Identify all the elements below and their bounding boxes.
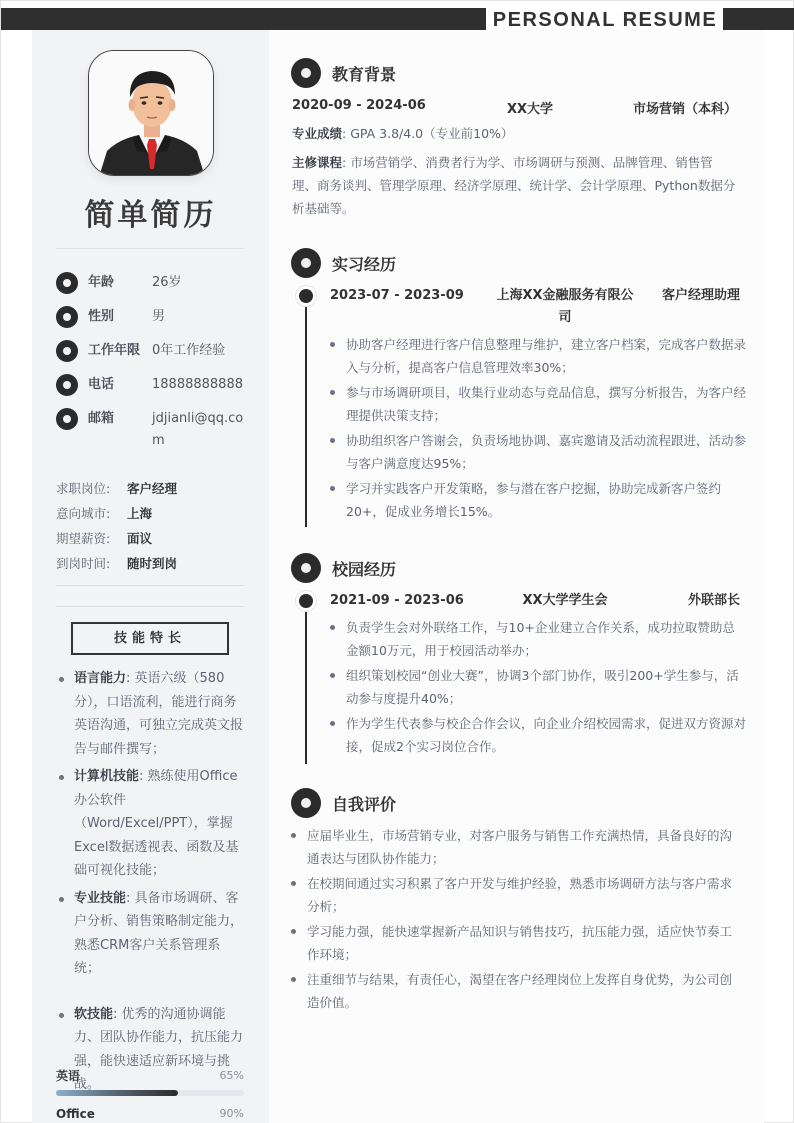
info-row-experience: 工作年限 0年工作经验 <box>56 338 246 372</box>
skill-item: 语言能力: 英语六级（580分），口语流利，能进行商务英语沟通，可独立完成英文报… <box>56 667 246 761</box>
job-label: 期望薪资: <box>56 529 127 554</box>
section-campus-header: 校园经历 <box>291 553 396 583</box>
avatar <box>88 50 214 176</box>
timeline-dot-icon <box>299 289 313 303</box>
bullet-item: 参与市场调研项目，收集行业动态与竞品信息，撰写分析报告，为客户经理提供决策支持； <box>326 381 746 427</box>
campus-bullets: 负责学生会对外联络工作，与10+企业建立合作关系，成功拉取赞助总金额10万元，用… <box>326 616 746 760</box>
skill-bar-percent: 90% <box>220 1105 244 1123</box>
education-row: 2020-09 - 2024-06 XX大学 市场营销（本科） <box>292 98 737 117</box>
header-bar-left <box>1 8 486 30</box>
bullet-item: 在校期间通过实习积累了客户开发与维护经验，熟悉市场调研方法与客户需求分析； <box>287 872 735 918</box>
info-label: 电话 <box>78 372 152 398</box>
bullet-item: 作为学生代表参与校企合作会议，向企业介绍校园需求，促进双方资源对接，促成2个实习… <box>326 712 746 758</box>
bullet-item: 应届毕业生，市场营销专业，对客户服务与销售工作充满热情，具备良好的沟通表达与团队… <box>287 824 735 870</box>
job-intention-list: 求职岗位: 客户经理 意向城市: 上海 期望薪资: 面议 到岗时间: 随时到岗 <box>56 479 246 579</box>
edu-gpa: 专业成绩: GPA 3.8/4.0（专业前10%） <box>292 122 737 145</box>
divider <box>56 248 244 249</box>
info-value: 18888888888 <box>152 372 246 396</box>
internship-bullets: 协助客户经理进行客户信息整理与维护，建立客户档案，完成客户数据录入与分析，提高客… <box>326 333 746 525</box>
email-link[interactable]: jdjianli@qq.com <box>152 406 246 452</box>
skill-bar-office: Office 90% <box>56 1105 244 1123</box>
timeline-line <box>305 296 307 527</box>
job-row: 意向城市: 上海 <box>56 504 246 529</box>
section-title: 校园经历 <box>332 557 396 580</box>
exp-role: 外联部长 <box>635 590 740 612</box>
bullet-item: 组织策划校园“创业大赛”，协调3个部门协作，吸引200+学生参与，活动参与度提升… <box>326 664 746 710</box>
resume-name-title: 简单简历 <box>32 190 269 234</box>
info-value: 26岁 <box>152 270 246 294</box>
skills-list: 语言能力: 英语六级（580分），口语流利，能进行商务英语沟通，可独立完成英文报… <box>56 667 246 1101</box>
job-value: 随时到岗 <box>127 554 177 579</box>
bullet-item: 协助组织客户答谢会，负责场地协调、嘉宾邀请及活动流程跟进，活动参与客户满意度达9… <box>326 429 746 475</box>
personal-info-list: 年龄 26岁 性别 男 工作年限 0年工作经验 电话 18888888888 邮… <box>56 270 246 462</box>
info-row-age: 年龄 26岁 <box>56 270 246 304</box>
skill-bar-english: 英语 65% <box>56 1067 244 1096</box>
timeline-dot-icon <box>299 594 313 608</box>
skill-bar-label: 英语 <box>56 1067 80 1085</box>
section-title: 教育背景 <box>332 62 396 85</box>
skills-section-title: 技能特长 <box>71 622 229 655</box>
exp-role: 客户经理助理 <box>635 285 740 329</box>
section-ring-icon <box>291 58 321 88</box>
edu-courses: 主修课程: 市场营销学、消费者行为学、市场调研与预测、品牌管理、销售管理、商务谈… <box>292 151 737 220</box>
bullet-item: 注重细节与结果，有责任心，渴望在客户经理岗位上发挥自身优势，为公司创造价值。 <box>287 968 735 1014</box>
skill-item: 计算机技能: 熟练使用Office办公软件（Word/Excel/PPT），掌握… <box>56 765 246 883</box>
exp-org: XX大学学生会 <box>495 590 635 612</box>
section-title: 实习经历 <box>332 252 396 275</box>
section-title: 自我评价 <box>332 792 396 815</box>
self-eval-bullets: 应届毕业生，市场营销专业，对客户服务与销售工作充满热情，具备良好的沟通表达与团队… <box>287 824 735 1016</box>
info-value: 0年工作经验 <box>152 338 246 362</box>
section-internship-header: 实习经历 <box>291 248 396 278</box>
timeline-line <box>305 602 307 764</box>
skill-bar-percent: 65% <box>220 1067 244 1085</box>
job-row: 期望薪资: 面议 <box>56 529 246 554</box>
exp-company: 上海XX金融服务有限公司 <box>495 285 635 329</box>
edu-period: 2020-09 - 2024-06 <box>292 98 482 117</box>
bullet-item: 协助客户经理进行客户信息整理与维护，建立客户档案，完成客户数据录入与分析，提高客… <box>326 333 746 379</box>
edu-school: XX大学 <box>482 98 620 117</box>
divider <box>56 606 244 607</box>
section-ring-icon <box>291 248 321 278</box>
job-row: 到岗时间: 随时到岗 <box>56 554 246 579</box>
info-label: 工作年限 <box>78 338 152 364</box>
section-self-eval-header: 自我评价 <box>291 788 396 818</box>
sidebar: 简单简历 年龄 26岁 性别 男 工作年限 0年工作经验 电话 18888888 <box>32 30 269 1123</box>
info-row-gender: 性别 男 <box>56 304 246 338</box>
info-label: 年龄 <box>78 270 152 296</box>
info-value: 男 <box>152 304 246 328</box>
section-ring-icon <box>291 553 321 583</box>
resume-page: PERSONAL RESUME <box>0 0 794 1123</box>
job-row: 求职岗位: 客户经理 <box>56 479 246 504</box>
header-bar-right <box>723 8 794 30</box>
section-education-header: 教育背景 <box>291 58 396 88</box>
job-label: 求职岗位: <box>56 479 127 504</box>
info-row-email: 邮箱 jdjianli@qq.com <box>56 406 246 462</box>
info-row-phone: 电话 18888888888 <box>56 372 246 406</box>
divider <box>56 585 244 586</box>
ring-icon <box>56 340 78 362</box>
skill-bar-label: Office <box>56 1105 95 1123</box>
section-ring-icon <box>291 788 321 818</box>
ring-icon <box>56 272 78 294</box>
progress-fill <box>56 1090 178 1096</box>
skill-item: 专业技能: 具备市场调研、客户分析、销售策略制定能力，熟悉CRM客户关系管理系统… <box>56 887 246 981</box>
edu-major: 市场营销（本科） <box>620 98 737 117</box>
job-value: 客户经理 <box>127 479 177 504</box>
avatar-portrait-icon <box>89 51 214 176</box>
internship-row: 2023-07 - 2023-09 上海XX金融服务有限公司 客户经理助理 <box>330 285 740 329</box>
job-value: 上海 <box>127 504 152 529</box>
main-content: 教育背景 2020-09 - 2024-06 XX大学 市场营销（本科） 专业成… <box>269 30 764 1123</box>
bullet-item: 学习并实践客户开发策略，参与潜在客户挖掘，协助完成新客户签约20+，促成业务增长… <box>326 477 746 523</box>
ring-icon <box>56 374 78 396</box>
progress-track <box>56 1090 244 1096</box>
exp-period: 2021-09 - 2023-06 <box>330 590 490 612</box>
bullet-item: 学习能力强，能快速掌握新产品知识与销售技巧，抗压能力强，适应快节奏工作环境； <box>287 920 735 966</box>
job-value: 面议 <box>127 529 152 554</box>
job-label: 意向城市: <box>56 504 127 529</box>
info-label: 性别 <box>78 304 152 330</box>
exp-period: 2023-07 - 2023-09 <box>330 285 490 329</box>
campus-row: 2021-09 - 2023-06 XX大学学生会 外联部长 <box>330 590 740 612</box>
info-label: 邮箱 <box>78 406 152 432</box>
job-label: 到岗时间: <box>56 554 127 579</box>
bullet-item: 负责学生会对外联络工作，与10+企业建立合作关系，成功拉取赞助总金额10万元，用… <box>326 616 746 662</box>
ring-icon <box>56 306 78 328</box>
ring-icon <box>56 408 78 430</box>
